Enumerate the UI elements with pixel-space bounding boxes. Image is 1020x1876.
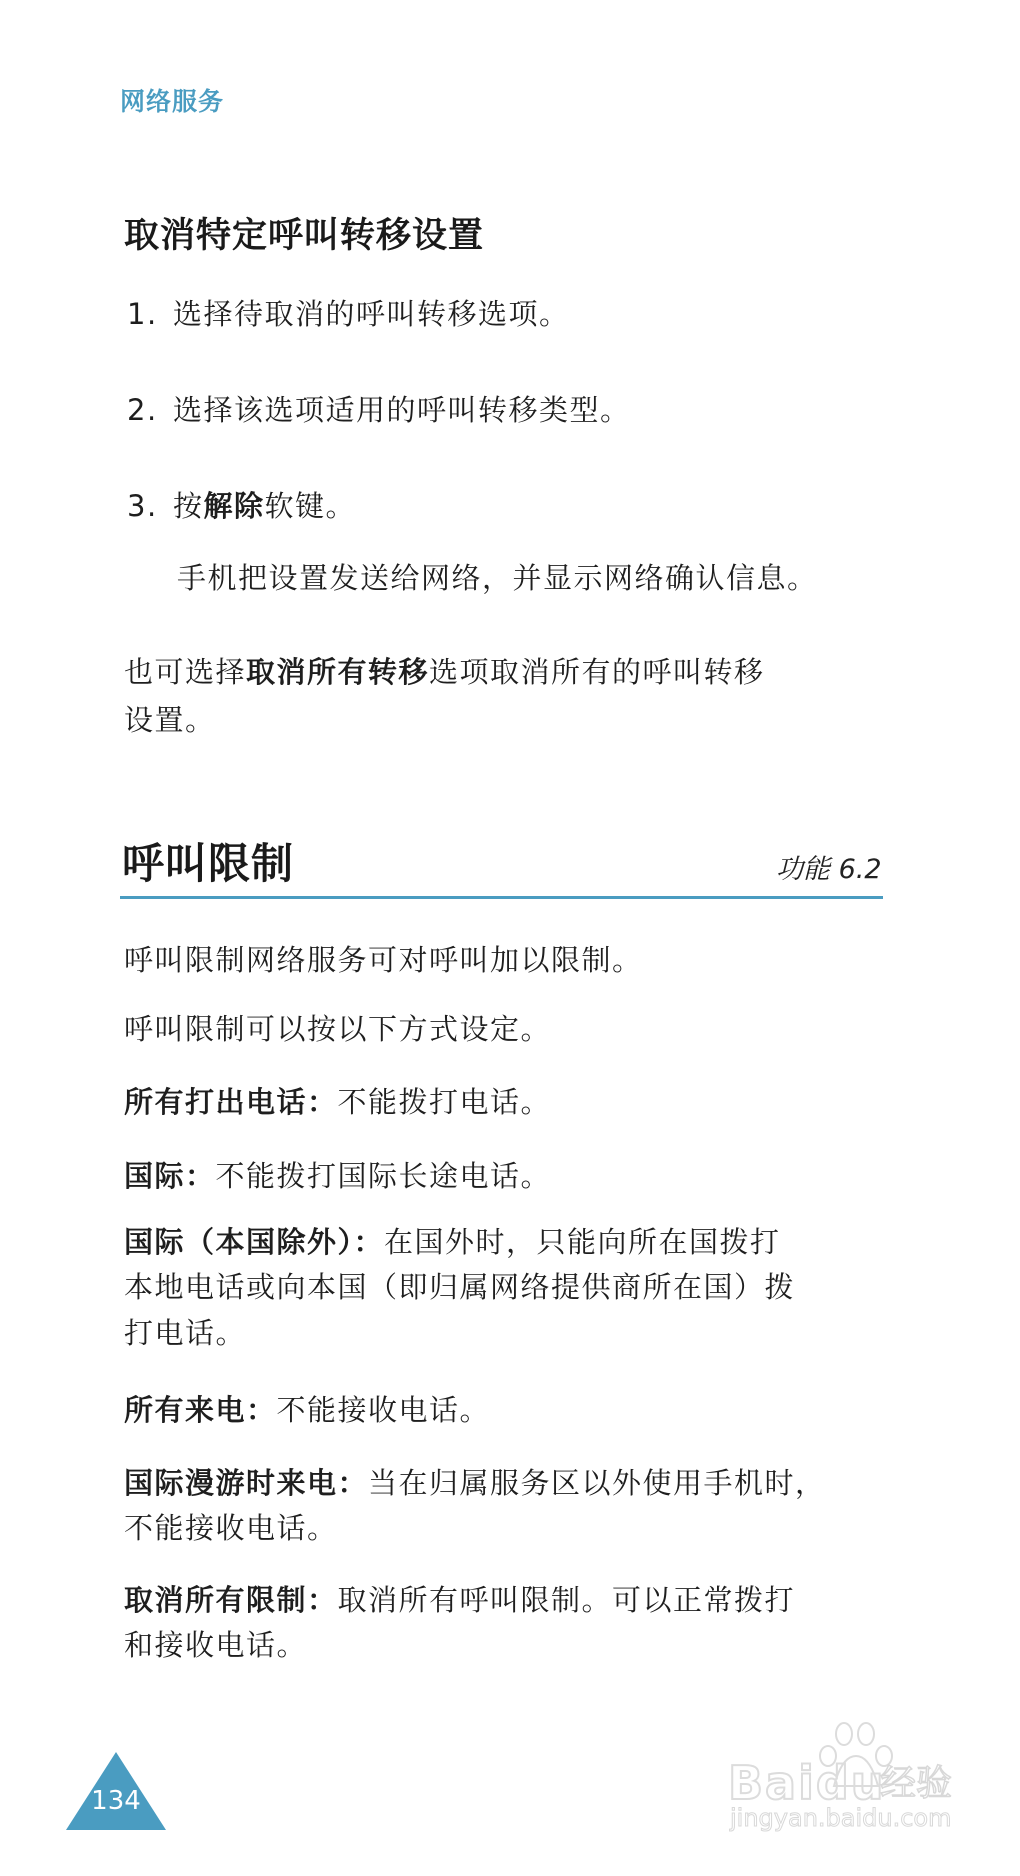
step-text: 选择该选项适用的呼叫转移类型。 <box>173 393 631 427</box>
option-term: 国际漫游时来电： <box>124 1466 368 1500</box>
barring-option-all-outgoing: 所有打出电话：不能拨打电话。 <box>124 1082 551 1122</box>
option-desc: 不能拨打国际长途电话。 <box>216 1159 552 1193</box>
option-term: 所有来电： <box>124 1393 277 1427</box>
tip-suffix: 选项取消所有的呼叫转移 <box>429 655 765 689</box>
option-desc: 当在归属服务区以外使用手机时， <box>368 1466 826 1500</box>
step-number: 2. <box>127 390 173 430</box>
watermark-logo: Baidu <box>728 1758 886 1808</box>
option-desc: 不能拨打电话。 <box>338 1085 552 1119</box>
step-3-note: 手机把设置发送给网络，并显示网络确认信息。 <box>177 558 818 598</box>
option-desc-line-3: 打电话。 <box>124 1313 246 1353</box>
step-1: 1.选择待取消的呼叫转移选项。 <box>127 294 570 334</box>
cancel-divert-title: 取消特定呼叫转移设置 <box>124 214 484 258</box>
page-number: 134 <box>66 1784 166 1818</box>
barring-option-international: 国际：不能拨打国际长途电话。 <box>124 1156 551 1196</box>
step-text: 选择待取消的呼叫转移选项。 <box>173 297 570 331</box>
step-text-suffix: 软键。 <box>265 489 357 523</box>
option-desc-line-2: 本地电话或向本国（即归属网络提供商所在国）拨 <box>124 1267 795 1307</box>
feature-reference: 功能 6.2 <box>776 852 882 888</box>
watermark-logo-cn: 经验 <box>880 1764 952 1804</box>
option-term: 国际（本国除外）： <box>124 1225 384 1259</box>
tip-option-name: 取消所有转移 <box>246 655 429 689</box>
call-barring-title: 呼叫限制 <box>122 838 294 890</box>
option-desc: 在国外时，只能向所在国拨打 <box>384 1225 781 1259</box>
option-desc-line-2: 不能接收电话。 <box>124 1508 338 1548</box>
option-desc: 取消所有呼叫限制。可以正常拨打 <box>338 1583 796 1617</box>
barring-option-all-incoming: 所有来电：不能接收电话。 <box>124 1390 490 1430</box>
step-3: 3.按解除软键。 <box>127 486 356 526</box>
step-number: 1. <box>127 294 173 334</box>
barring-option-intl-except-home: 国际（本国除外）：在国外时，只能向所在国拨打 <box>124 1222 781 1262</box>
barring-option-incoming-roaming: 国际漫游时来电：当在归属服务区以外使用手机时， <box>124 1463 826 1503</box>
option-term: 所有打出电话： <box>124 1085 338 1119</box>
watermark-url: jingyan.baidu.com <box>730 1804 951 1832</box>
barring-option-cancel-all: 取消所有限制：取消所有呼叫限制。可以正常拨打 <box>124 1580 795 1620</box>
baidu-watermark: Baidu 经验 jingyan.baidu.com <box>722 1720 962 1835</box>
softkey-label: 解除 <box>204 489 265 523</box>
section-header: 网络服务 <box>120 86 224 118</box>
tip-line-2: 设置。 <box>124 700 216 740</box>
option-term: 取消所有限制： <box>124 1583 338 1617</box>
tip-line-1: 也可选择取消所有转移选项取消所有的呼叫转移 <box>124 652 765 692</box>
option-desc: 不能接收电话。 <box>277 1393 491 1427</box>
option-term: 国际： <box>124 1159 216 1193</box>
step-number: 3. <box>127 486 173 526</box>
option-desc-line-2: 和接收电话。 <box>124 1625 307 1665</box>
tip-prefix: 也可选择 <box>124 655 246 689</box>
barring-intro-2: 呼叫限制可以按以下方式设定。 <box>124 1009 551 1049</box>
step-2: 2.选择该选项适用的呼叫转移类型。 <box>127 390 631 430</box>
section-rule <box>120 896 883 899</box>
step-text-prefix: 按 <box>173 489 204 523</box>
barring-intro-1: 呼叫限制网络服务可对呼叫加以限制。 <box>124 940 643 980</box>
